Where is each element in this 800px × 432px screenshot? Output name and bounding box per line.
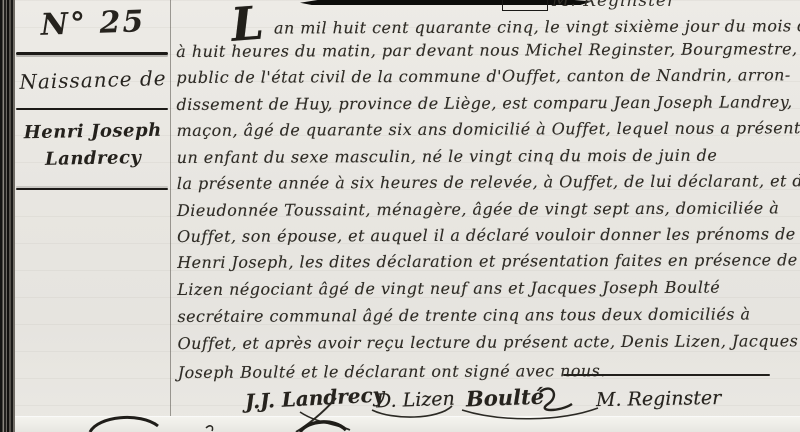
act-line-2: à huit heures du matin, par devant nous …: [176, 39, 800, 61]
act-line-14: Joseph Boulté et le déclarant ont signé …: [178, 361, 606, 382]
act-line-1-text: an mil huit cent quarante cinq, le vingt…: [274, 16, 800, 38]
act-line-9: Ouffet, son épouse, et auquel il a décla…: [177, 224, 796, 246]
signature-reginster: M. Reginster: [596, 387, 722, 411]
act-line-4: dissement de Huy, province de Liège, est…: [176, 92, 792, 114]
act-line-1: Lan mil huit cent quarante cinq, le ving…: [231, 10, 800, 38]
signature-boulte: Boulté: [466, 384, 545, 412]
act-line-12: secrétaire communal âgé de trente cinq a…: [177, 304, 750, 325]
act-line-8: Dieudonnée Toussaint, ménagère, âgée de …: [177, 198, 779, 220]
signature-lizen: D. Lizen: [376, 388, 456, 413]
page-bottom-edge: [15, 416, 800, 432]
act-line-11: Lizen négociant âgé de vingt neuf ans et…: [177, 278, 720, 299]
act-line-3: public de l'état civil de la commune d'O…: [176, 65, 790, 87]
act-line-6: un enfant du sexe masculin, né le vingt …: [177, 146, 718, 167]
register-page: N° 25 Naissance de Henri Joseph Landrecy…: [0, 0, 800, 432]
act-line-5: maçon, âgé de quarante six ans domicilié…: [177, 118, 800, 140]
act-line-10: Henri Joseph, les dites déclaration et p…: [177, 250, 800, 272]
act-line-13: Ouffet, et après avoir reçu lecture du p…: [178, 331, 799, 353]
drop-cap-L: L: [231, 17, 264, 29]
act-line-7: la présente année à six heures de relevé…: [177, 171, 800, 193]
closing-rule: [563, 374, 770, 376]
act-body-text: Lan mil huit cent quarante cinq, le ving…: [0, 0, 800, 432]
